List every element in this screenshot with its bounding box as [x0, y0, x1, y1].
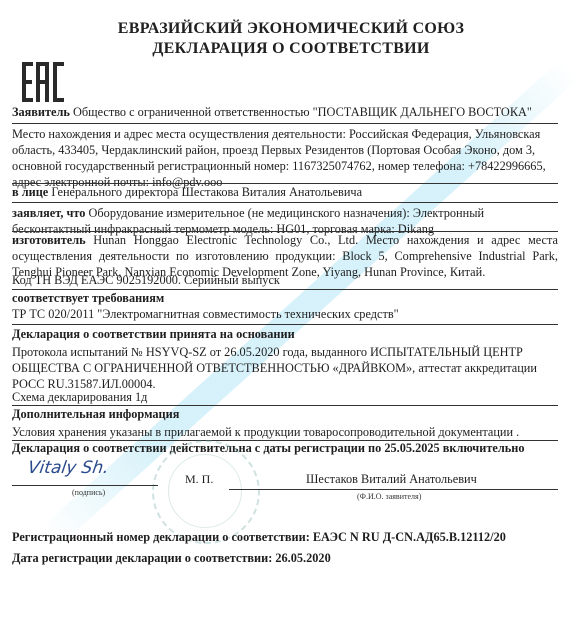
divider	[12, 202, 558, 203]
requirements-value: ТР ТС 020/2011 "Электромагнитная совмест…	[12, 306, 558, 322]
divider	[12, 123, 558, 124]
representative-label: в лице	[12, 185, 48, 199]
basis-label: Декларация о соответствии принята на осн…	[12, 326, 558, 342]
name-line	[229, 489, 558, 490]
seal-placeholder: М. П.	[185, 472, 213, 487]
additional-value: Условия хранения указаны в прилагаемой к…	[12, 424, 558, 440]
union-title: ЕВРАЗИЙСКИЙ ЭКОНОМИЧЕСКИЙ СОЮЗ	[0, 20, 582, 38]
manufacturer-label: изготовитель	[12, 233, 86, 247]
basis-value: Протокола испытаний № HSYVQ-SZ от 26.05.…	[12, 344, 558, 392]
document-title: ДЕКЛАРАЦИЯ О СООТВЕТСТВИИ	[0, 40, 582, 58]
name-caption: (Ф.И.О. заявителя)	[357, 492, 421, 501]
validity-text: Декларация о соответствии действительна …	[12, 440, 558, 456]
declaration-document: ЕВРАЗИЙСКИЙ ЭКОНОМИЧЕСКИЙ СОЮЗ ДЕКЛАРАЦИ…	[0, 0, 582, 624]
representative-section: в лице Генерального директора Шестакова …	[12, 184, 558, 200]
declares-label: заявляет, что	[12, 206, 85, 220]
registration-number: Регистрационный номер декларации о соотв…	[12, 530, 506, 545]
applicant-section: Заявитель Общество с ограниченной ответс…	[12, 104, 558, 120]
seal-stamp	[152, 440, 260, 544]
additional-label: Дополнительная информация	[12, 406, 558, 422]
scheme: Схема декларирования 1д	[12, 389, 558, 405]
eac-logo-icon	[22, 62, 64, 102]
applicant-label: Заявитель	[12, 105, 70, 119]
address-value: Место нахождения и адрес места осуществл…	[12, 127, 546, 189]
handwritten-signature: Vitaly Sh.	[27, 458, 110, 478]
registration-date: Дата регистрации декларации о соответств…	[12, 551, 331, 566]
applicant-value: Общество с ограниченной ответственностью…	[70, 105, 532, 119]
requirements-label: соответствует требованиям	[12, 290, 558, 306]
signature-line	[12, 485, 158, 486]
divider	[12, 324, 558, 325]
hs-code: Код ТН ВЭД ЕАЭС 9025192000. Серийный вып…	[12, 272, 558, 288]
signature-caption: (подпись)	[72, 488, 105, 497]
applicant-name: Шестаков Виталий Анатольевич	[306, 472, 477, 487]
address-section: Место нахождения и адрес места осуществл…	[12, 126, 558, 190]
representative-value: Генерального директора Шестакова Виталия…	[48, 185, 362, 199]
